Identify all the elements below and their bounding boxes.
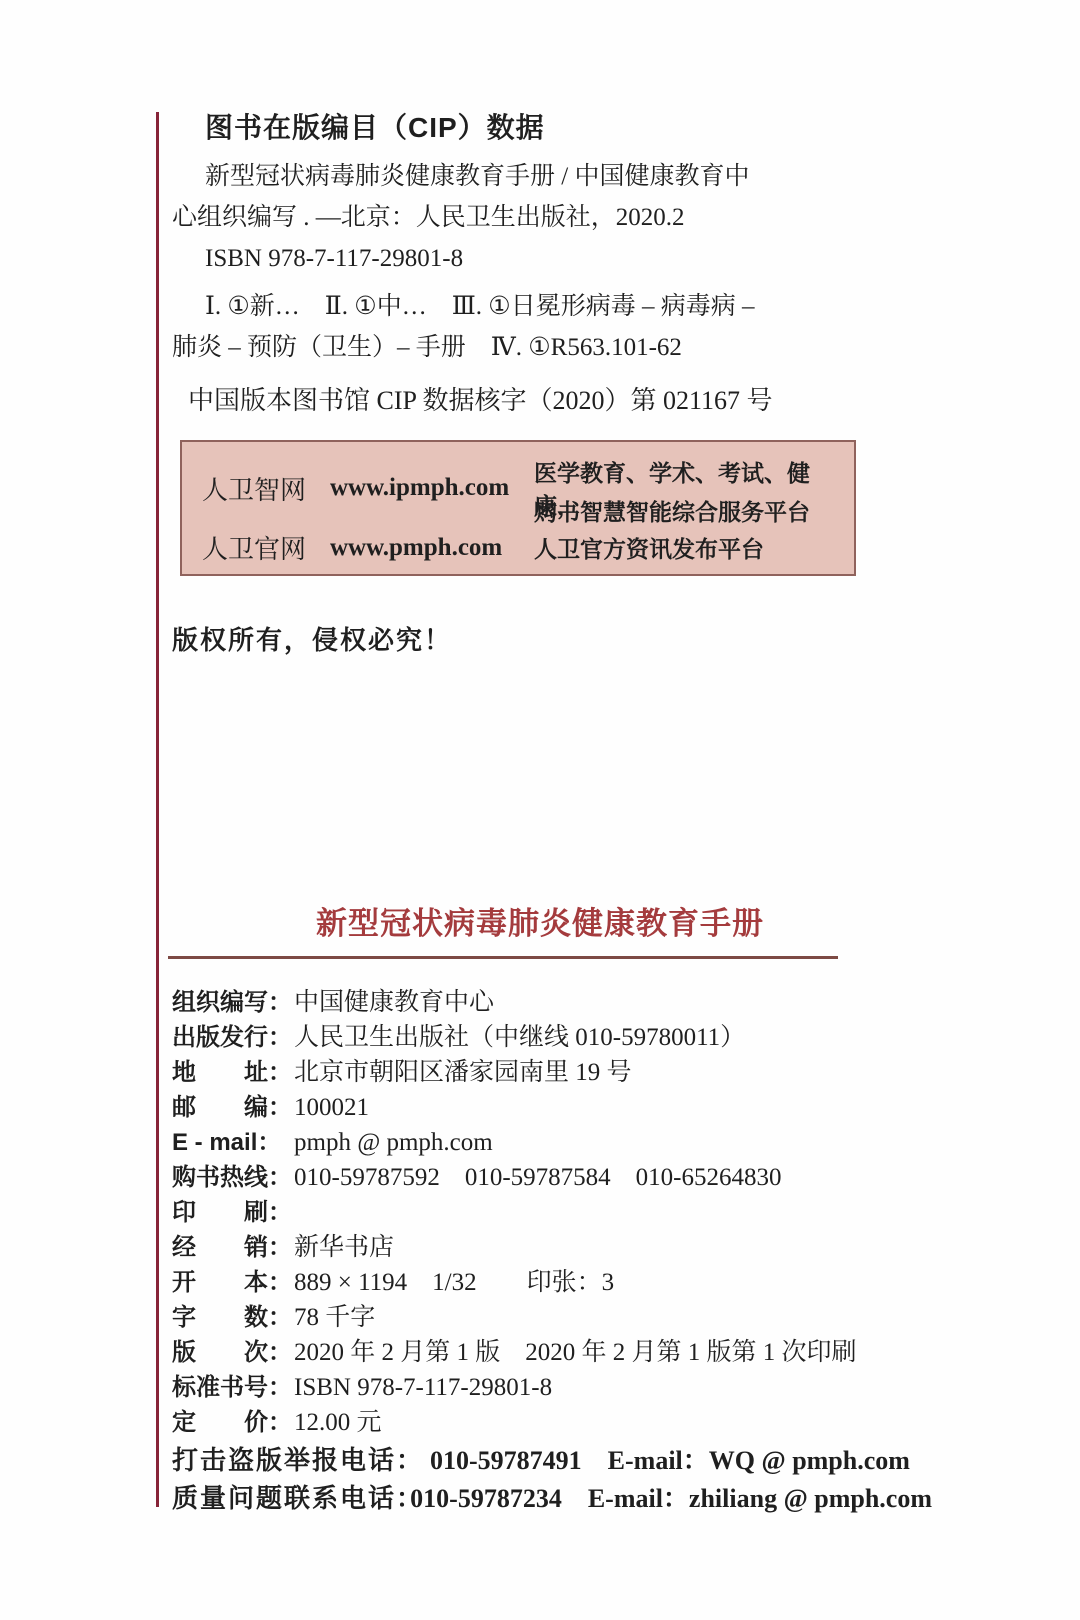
left-margin-rule (156, 112, 159, 1507)
publication-row: 版 次： 2020 年 2 月第 1 版 2020 年 2 月第 1 版第 1 … (172, 1332, 932, 1367)
copyright-page: 图书在版编目（CIP）数据 新型冠状病毒肺炎健康教育手册 / 中国健康教育中 心… (0, 0, 1080, 1620)
cip-classification: Ⅰ. ①新… Ⅱ. ①中… Ⅲ. ①日冕形病毒 – 病毒病 – 肺炎 – 预防（… (172, 286, 812, 368)
platform-name: 人卫官网 (202, 529, 330, 566)
cip-record-number: 中国版本图书馆 CIP 数据核字（2020）第 021167 号 (188, 380, 773, 417)
field-value: 人民卫生出版社（中继线 010-59780011） (294, 1017, 745, 1053)
platform-description: 人卫官方资讯发布平台 (534, 531, 854, 564)
cip-class-line: 肺炎 – 预防（卫生）– 手册 Ⅳ. ①R563.101-62 (172, 327, 812, 368)
field-label: 出版发行： (172, 1017, 294, 1052)
publisher-platform-box: 人卫智网 www.ipmph.com 医学教育、学术、考试、健康， 购书智慧智能… (180, 440, 856, 576)
field-value: ISBN 978-7-117-29801-8 (294, 1374, 552, 1402)
publication-row: 出版发行： 人民卫生出版社（中继线 010-59780011） (172, 1017, 932, 1052)
field-label: E - mail： (172, 1122, 294, 1157)
platform-description: 购书智慧智能综合服务平台 (534, 494, 854, 527)
field-value: 北京市朝阳区潘家园南里 19 号 (294, 1052, 632, 1088)
publication-row: 组织编写： 中国健康教育中心 (172, 982, 932, 1017)
publication-row: 地 址： 北京市朝阳区潘家园南里 19 号 (172, 1052, 932, 1087)
field-value: 010-59787592 010-59787584 010-65264830 (294, 1157, 781, 1193)
field-value: 中国健康教育中心 (294, 982, 494, 1018)
cip-header: 图书在版编目（CIP）数据 (205, 106, 545, 146)
publication-row: 标准书号： ISBN 978-7-117-29801-8 (172, 1367, 932, 1402)
field-value: 新华书店 (294, 1227, 394, 1263)
platform-url: www.pmph.com (330, 534, 534, 562)
field-label: 经 销： (172, 1227, 294, 1262)
field-label: 质量问题联系电话： (172, 1478, 404, 1515)
field-label: 组织编写： (172, 982, 294, 1017)
book-title: 新型冠状病毒肺炎健康教育手册 (160, 898, 920, 943)
field-value: 100021 (294, 1094, 369, 1122)
publication-row: 开 本： 889 × 1194 1/32 印张：3 (172, 1262, 932, 1297)
field-value: 2020 年 2 月第 1 版 2020 年 2 月第 1 版第 1 次印刷 (294, 1332, 857, 1368)
publication-row: 印 刷： (172, 1192, 932, 1227)
publication-row: E - mail： pmph @ pmph.com (172, 1122, 932, 1157)
field-value: 010-59787234 E-mail：zhiliang @ pmph.com (410, 1478, 932, 1515)
field-label: 字 数： (172, 1297, 294, 1332)
publication-details: 组织编写： 中国健康教育中心 出版发行： 人民卫生出版社（中继线 010-597… (172, 982, 932, 1513)
piracy-report-row: 打击盗版举报电话： 010-59787491 E-mail：WQ @ pmph.… (172, 1440, 932, 1475)
title-rule (168, 956, 838, 959)
field-value: 889 × 1194 1/32 印张：3 (294, 1262, 614, 1298)
platform-url: www.ipmph.com (330, 474, 534, 502)
cip-isbn-line: ISBN 978-7-117-29801-8 (172, 238, 792, 279)
publication-row: 购书热线： 010-59787592 010-59787584 010-6526… (172, 1157, 932, 1192)
platform-name: 人卫智网 (202, 470, 330, 507)
field-label: 版 次： (172, 1332, 294, 1367)
field-label: 购书热线： (172, 1157, 294, 1192)
field-value: 010-59787491 E-mail：WQ @ pmph.com (430, 1440, 910, 1477)
cip-class-line: Ⅰ. ①新… Ⅱ. ①中… Ⅲ. ①日冕形病毒 – 病毒病 – (172, 286, 812, 327)
platform-row: 人卫官网 www.pmph.com 人卫官方资讯发布平台 (202, 529, 854, 566)
publication-row: 经 销： 新华书店 (172, 1227, 932, 1262)
copyright-notice: 版权所有，侵权必究！ (172, 620, 452, 657)
cip-line: 心组织编写 . —北京：人民卫生出版社，2020.2 (172, 197, 792, 238)
cip-description: 新型冠状病毒肺炎健康教育手册 / 中国健康教育中 心组织编写 . —北京：人民卫… (172, 156, 792, 279)
field-label: 标准书号： (172, 1367, 294, 1402)
field-label: 地 址： (172, 1052, 294, 1087)
field-label: 打击盗版举报电话： (172, 1440, 424, 1477)
publication-row: 定 价： 12.00 元 (172, 1402, 932, 1437)
field-value: 12.00 元 (294, 1402, 382, 1438)
field-label: 定 价： (172, 1402, 294, 1437)
field-label: 印 刷： (172, 1192, 294, 1227)
publication-row: 字 数： 78 千字 (172, 1297, 932, 1332)
field-label: 开 本： (172, 1262, 294, 1297)
quality-contact-row: 质量问题联系电话： 010-59787234 E-mail：zhiliang @… (172, 1478, 932, 1513)
publication-row: 邮 编： 100021 (172, 1087, 932, 1122)
field-label: 邮 编： (172, 1087, 294, 1122)
platform-row: 人卫智网 www.ipmph.com 医学教育、学术、考试、健康， (202, 455, 854, 492)
field-value: pmph @ pmph.com (294, 1129, 493, 1157)
cip-line: 新型冠状病毒肺炎健康教育手册 / 中国健康教育中 (172, 156, 792, 197)
field-value: 78 千字 (294, 1297, 375, 1333)
